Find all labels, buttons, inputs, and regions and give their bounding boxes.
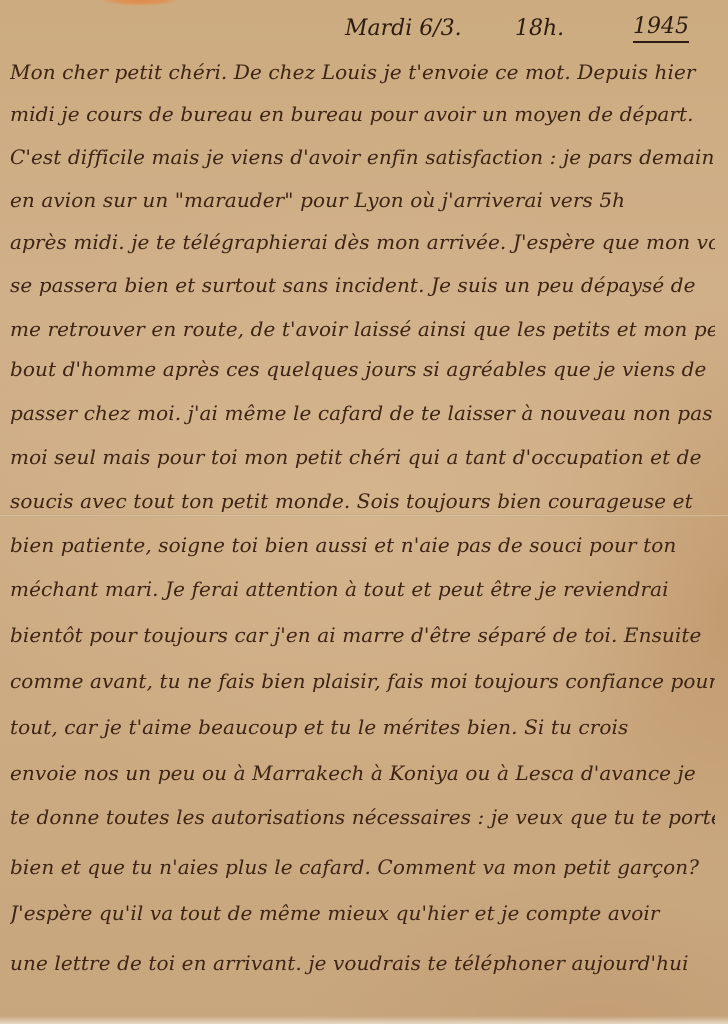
letter-line: une lettre de toi en arrivant. je voudra…	[10, 946, 715, 980]
letter-page: Mardi 6/3. 18h. 1945 Mon cher petit chér…	[0, 0, 728, 1024]
letter-line: moi seul mais pour toi mon petit chéri q…	[10, 440, 715, 474]
letter-body: Mon cher petit chéri. De chez Louis je t…	[0, 0, 728, 1024]
letter-line: Mon cher petit chéri. De chez Louis je t…	[10, 55, 715, 89]
paper-bottom-edge	[0, 1016, 728, 1024]
letter-line: envoie nos un peu ou à Marrakech à Koniy…	[10, 756, 715, 790]
letter-line: après midi. je te télégraphierai dès mon…	[10, 225, 715, 259]
letter-line: C'est difficile mais je viens d'avoir en…	[10, 140, 715, 174]
letter-line: méchant mari. Je ferai attention à tout …	[10, 572, 715, 606]
letter-line: te donne toutes les autorisations nécess…	[10, 800, 715, 834]
letter-line: me retrouver en route, de t'avoir laissé…	[10, 312, 715, 346]
letter-line: soucis avec tout ton petit monde. Sois t…	[10, 484, 715, 518]
letter-line: bien et que tu n'aies plus le cafard. Co…	[10, 850, 715, 884]
letter-line: passer chez moi. j'ai même le cafard de …	[10, 396, 715, 430]
letter-line: J'espère qu'il va tout de même mieux qu'…	[10, 896, 715, 930]
letter-line: midi je cours de bureau en bureau pour a…	[10, 97, 715, 131]
letter-line: bien patiente, soigne toi bien aussi et …	[10, 528, 715, 562]
letter-line: bientôt pour toujours car j'en ai marre …	[10, 618, 715, 652]
letter-line: se passera bien et surtout sans incident…	[10, 268, 715, 302]
letter-line: tout, car je t'aime beaucoup et tu le mé…	[10, 710, 715, 744]
letter-line: en avion sur un "marauder" pour Lyon où …	[10, 183, 715, 217]
letter-line: comme avant, tu ne fais bien plaisir, fa…	[10, 664, 715, 698]
letter-line: bout d'homme après ces quelques jours si…	[10, 352, 715, 386]
